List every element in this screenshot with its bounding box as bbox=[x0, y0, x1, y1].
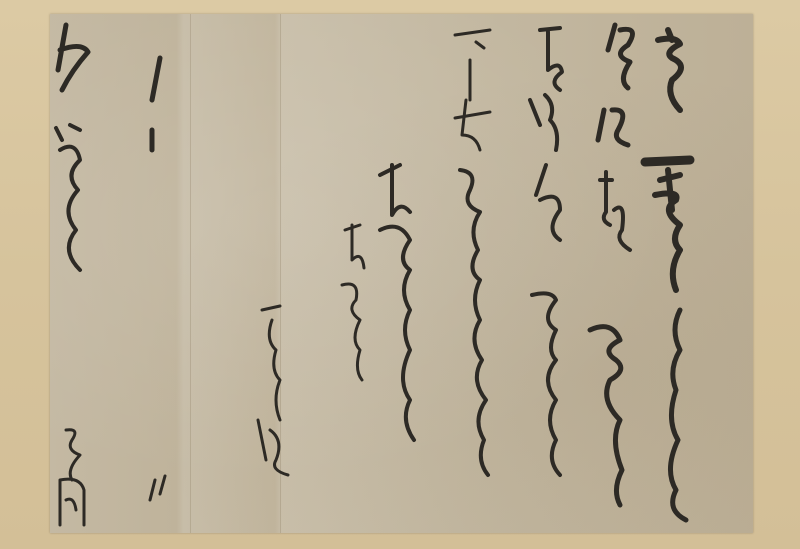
calligraphy-ink bbox=[0, 0, 800, 549]
scroll-mount bbox=[0, 0, 800, 549]
